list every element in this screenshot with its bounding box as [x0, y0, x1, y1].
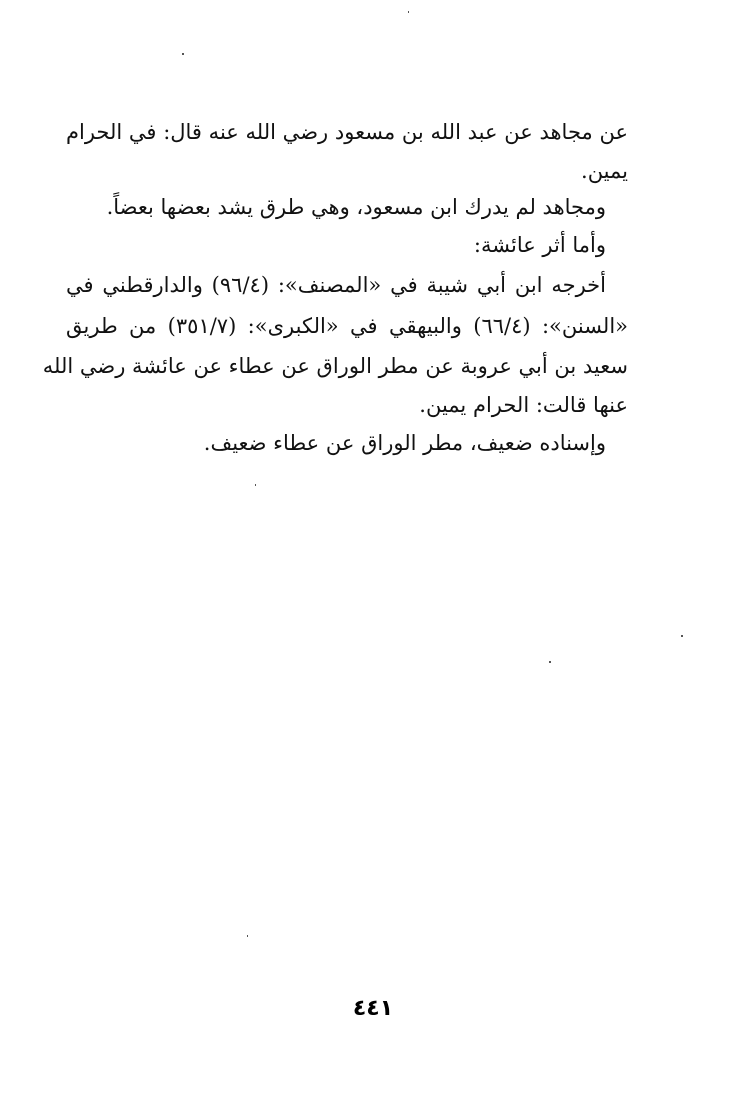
scan-speck: [681, 635, 683, 637]
paragraph-line: أخرجه ابن أبي شيبة في «المصنف»: (٩٦/٤) و…: [66, 265, 628, 306]
text-line: «السنن»: (٦٦/٤) والبيهقي في «الكبرى»: (٣…: [66, 306, 628, 347]
paragraph-line: ومجاهد لم يدرك ابن مسعود، وهي طرق يشد بع…: [66, 189, 628, 225]
section-heading-line: وأما أثر عائشة:: [66, 225, 628, 266]
book-page: عن مجاهد عن عبد الله بن مسعود رضي الله ع…: [0, 0, 746, 1097]
scan-speck: [549, 661, 551, 663]
text-line: يمين.: [66, 153, 628, 189]
text-line: سعيد بن أبي عروبة عن مطر الوراق عن عطاء …: [66, 346, 628, 387]
scan-speck: [255, 484, 256, 486]
scan-speck: [182, 53, 184, 55]
scan-speck: [247, 935, 248, 937]
page-body-text: عن مجاهد عن عبد الله بن مسعود رضي الله ع…: [66, 112, 628, 463]
paragraph-line: وإسناده ضعيف، مطر الوراق عن عطاء ضعيف.: [66, 423, 628, 464]
text-line: عن مجاهد عن عبد الله بن مسعود رضي الله ع…: [66, 112, 628, 153]
text-line: عنها قالت: الحرام يمين.: [66, 387, 628, 423]
page-number: ٤٤١: [0, 996, 746, 1021]
scan-speck: [408, 11, 409, 13]
